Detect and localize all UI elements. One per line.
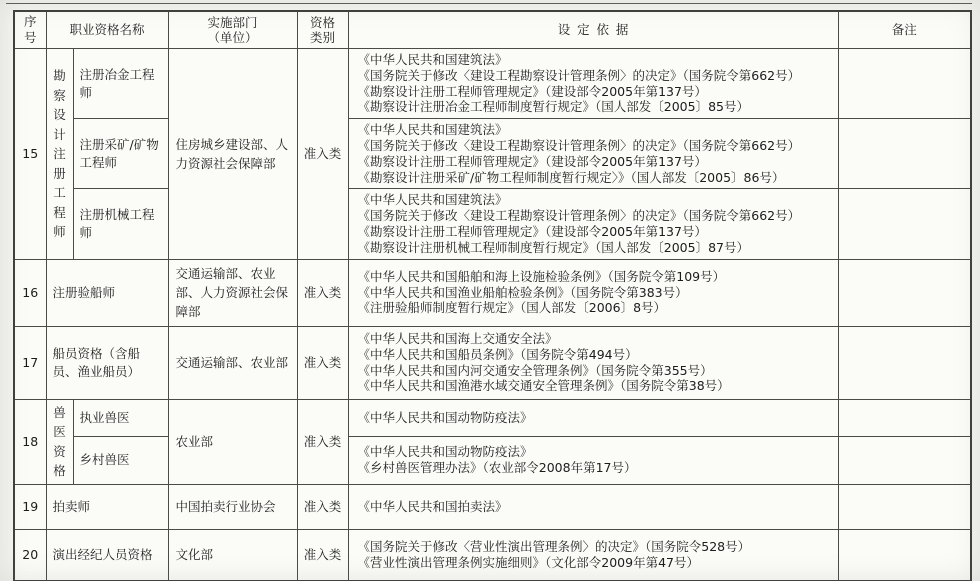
basis-line: 《中华人民共和国建筑法》 bbox=[358, 122, 832, 138]
remark-cell bbox=[838, 259, 971, 326]
remark-cell bbox=[838, 119, 971, 189]
qualification-category: 准入类 bbox=[297, 484, 348, 529]
basis-line: 《乡村兽医管理办法》（农业部令2008年第17号） bbox=[358, 460, 832, 476]
setting-basis: 《中华人民共和国动物防疫法》 bbox=[348, 399, 838, 436]
header-category-line2: 类别 bbox=[304, 30, 342, 45]
setting-basis: 《中华人民共和国动物防疫法》 《乡村兽医管理办法》（农业部令2008年第17号） bbox=[348, 436, 838, 484]
qualification-category: 准入类 bbox=[297, 259, 348, 326]
group-name-text: 兽医资格 bbox=[53, 403, 67, 481]
header-dept-line2: （单位） bbox=[175, 30, 291, 45]
implementing-department: 文化部 bbox=[168, 529, 297, 581]
setting-basis: 《中华人民共和国海上交通安全法》 《中华人民共和国船员条例》（国务院令第494号… bbox=[348, 326, 838, 399]
setting-basis: 《中华人民共和国建筑法》 《国务院关于修改〈建设工程勘察设计管理条例〉的决定》（… bbox=[348, 189, 838, 259]
basis-line: 《勘察设计注册冶金工程师制度暂行规定》（国人部发〔2005〕85号） bbox=[358, 99, 832, 115]
qualification-name: 乡村兽医 bbox=[73, 436, 168, 484]
setting-basis: 《中华人民共和国拍卖法》 bbox=[348, 484, 838, 529]
row-number: 17 bbox=[14, 326, 46, 399]
basis-line: 《勘察设计注册工程师管理规定》（建设部令2005年第137号） bbox=[358, 154, 832, 170]
implementing-department: 交通运输部、农业部、人力资源社会保障部 bbox=[168, 259, 297, 326]
group-name-text: 勘察设计注册工程师 bbox=[53, 66, 67, 242]
group-name-vertical: 勘察设计注册工程师 bbox=[46, 49, 73, 260]
basis-line: 《国务院关于修改〈营业性演出管理条例〉的决定》（国务院令528号） bbox=[358, 539, 832, 555]
qualification-name: 注册冶金工程师 bbox=[73, 49, 168, 119]
qualification-name: 拍卖师 bbox=[46, 484, 168, 529]
header-category-line1: 资格 bbox=[304, 15, 342, 30]
setting-basis: 《中华人民共和国建筑法》 《国务院关于修改〈建设工程勘察设计管理条例〉的决定》（… bbox=[348, 49, 838, 119]
basis-line: 《勘察设计注册机械工程师制度暂行规定》（国人部发〔2005〕87号） bbox=[358, 240, 832, 256]
table-row-19: 19 拍卖师 中国拍卖行业协会 准入类 《中华人民共和国拍卖法》 bbox=[14, 484, 971, 529]
basis-line: 《国务院关于修改〈建设工程勘察设计管理条例〉的决定》（国务院令第662号） bbox=[358, 68, 832, 84]
basis-line: 《中华人民共和国建筑法》 bbox=[358, 192, 832, 208]
group-name-vertical: 兽医资格 bbox=[46, 399, 73, 484]
header-category: 资格 类别 bbox=[297, 11, 348, 49]
basis-line: 《中华人民共和国内河交通安全管理条例》（国务院令第355号） bbox=[358, 363, 832, 379]
setting-basis: 《国务院关于修改〈营业性演出管理条例〉的决定》（国务院令528号） 《营业性演出… bbox=[348, 529, 838, 581]
remark-cell bbox=[838, 326, 971, 399]
table-row-16: 16 注册验船师 交通运输部、农业部、人力资源社会保障部 准入类 《中华人民共和… bbox=[14, 259, 971, 326]
remark-cell bbox=[838, 49, 971, 119]
table-row-18-sub1: 18 兽医资格 执业兽医 农业部 准入类 《中华人民共和国动物防疫法》 bbox=[14, 399, 971, 436]
qualification-category: 准入类 bbox=[297, 49, 348, 260]
basis-line: 《勘察设计注册工程师管理规定》（建设部令2005年第137号） bbox=[358, 84, 832, 100]
basis-line: 《中华人民共和国海上交通安全法》 bbox=[358, 331, 832, 347]
remark-cell bbox=[838, 189, 971, 259]
qualification-category: 准入类 bbox=[297, 326, 348, 399]
table-row-15-sub3: 注册机械工程师 《中华人民共和国建筑法》 《国务院关于修改〈建设工程勘察设计管理… bbox=[14, 189, 971, 259]
header-basis: 设定依据 bbox=[348, 11, 838, 49]
setting-basis: 《中华人民共和国建筑法》 《国务院关于修改〈建设工程勘察设计管理条例〉的决定》（… bbox=[348, 119, 838, 189]
basis-line: 《国务院关于修改〈建设工程勘察设计管理条例〉的决定》（国务院令第662号） bbox=[358, 208, 832, 224]
table-row-15-sub1: 15 勘察设计注册工程师 注册冶金工程师 住房城乡建设部、人力资源社会保障部 准… bbox=[14, 49, 971, 119]
implementing-department: 中国拍卖行业协会 bbox=[168, 484, 297, 529]
remark-cell bbox=[838, 399, 971, 436]
header-dept: 实施部门 （单位） bbox=[168, 11, 297, 49]
qualification-category: 准入类 bbox=[297, 399, 348, 484]
basis-line: 《中华人民共和国渔港水域交通安全管理条例》（国务院令第38号） bbox=[358, 378, 832, 394]
row-number: 15 bbox=[14, 49, 46, 260]
header-remark: 备注 bbox=[838, 11, 971, 49]
qualification-table: 序号 职业资格名称 实施部门 （单位） 资格 类别 设定依据 备注 15 勘察设… bbox=[13, 10, 972, 581]
basis-line: 《国务院关于修改〈建设工程勘察设计管理条例〉的决定》（国务院令第662号） bbox=[358, 138, 832, 154]
qualification-category: 准入类 bbox=[297, 529, 348, 581]
implementing-department: 农业部 bbox=[168, 399, 297, 484]
row-number: 20 bbox=[14, 529, 46, 581]
table-row-17: 17 船员资格（含船员、渔业船员） 交通运输部、农业部 准入类 《中华人民共和国… bbox=[14, 326, 971, 399]
basis-line: 《中华人民共和国船员条例》（国务院令第494号） bbox=[358, 347, 832, 363]
table-row-20: 20 演出经纪人员资格 文化部 准入类 《国务院关于修改〈营业性演出管理条例〉的… bbox=[14, 529, 971, 581]
qualification-name: 注册采矿/矿物工程师 bbox=[73, 119, 168, 189]
qualification-name: 注册验船师 bbox=[46, 259, 168, 326]
basis-line: 《营业性演出管理条例实施细则》（文化部令2009年第47号） bbox=[358, 555, 832, 571]
header-name: 职业资格名称 bbox=[46, 11, 168, 49]
basis-line: 《中华人民共和国船舶和海上设施检验条例》（国务院令第109号） bbox=[358, 269, 832, 285]
basis-line: 《注册验船师制度暂行规定》（国人部发〔2006〕8号） bbox=[358, 300, 832, 316]
setting-basis: 《中华人民共和国船舶和海上设施检验条例》（国务院令第109号） 《中华人民共和国… bbox=[348, 259, 838, 326]
remark-cell bbox=[838, 484, 971, 529]
qualification-name: 注册机械工程师 bbox=[73, 189, 168, 259]
basis-line: 《勘察设计注册采矿/矿物工程师制度暂行规定〉》（国人部发〔2005〕86号） bbox=[358, 170, 832, 186]
remark-cell bbox=[838, 436, 971, 484]
page-top-rule bbox=[6, 3, 972, 4]
row-number: 19 bbox=[14, 484, 46, 529]
implementing-department: 住房城乡建设部、人力资源社会保障部 bbox=[168, 49, 297, 260]
implementing-department: 交通运输部、农业部 bbox=[168, 326, 297, 399]
basis-line: 《中华人民共和国渔业船舶检验条例》（国务院令第383号） bbox=[358, 285, 832, 301]
row-number: 16 bbox=[14, 259, 46, 326]
qualification-name: 演出经纪人员资格 bbox=[46, 529, 168, 581]
basis-line: 《中华人民共和国拍卖法》 bbox=[358, 499, 832, 515]
qualification-name: 执业兽医 bbox=[73, 399, 168, 436]
basis-line: 《中华人民共和国动物防疫法》 bbox=[358, 410, 832, 426]
header-row: 序号 职业资格名称 实施部门 （单位） 资格 类别 设定依据 备注 bbox=[14, 11, 971, 49]
row-number: 18 bbox=[14, 399, 46, 484]
basis-line: 《勘察设计注册工程师管理规定》（建设部令2005年第137号） bbox=[358, 224, 832, 240]
header-dept-line1: 实施部门 bbox=[175, 15, 291, 30]
basis-line: 《中华人民共和国动物防疫法》 bbox=[358, 444, 832, 460]
table-row-15-sub2: 注册采矿/矿物工程师 《中华人民共和国建筑法》 《国务院关于修改〈建设工程勘察设… bbox=[14, 119, 971, 189]
basis-line: 《中华人民共和国建筑法》 bbox=[358, 52, 832, 68]
qualification-name: 船员资格（含船员、渔业船员） bbox=[46, 326, 168, 399]
remark-cell bbox=[838, 529, 971, 581]
table-row-18-sub2: 乡村兽医 《中华人民共和国动物防疫法》 《乡村兽医管理办法》（农业部令2008年… bbox=[14, 436, 971, 484]
header-no: 序号 bbox=[14, 11, 46, 49]
